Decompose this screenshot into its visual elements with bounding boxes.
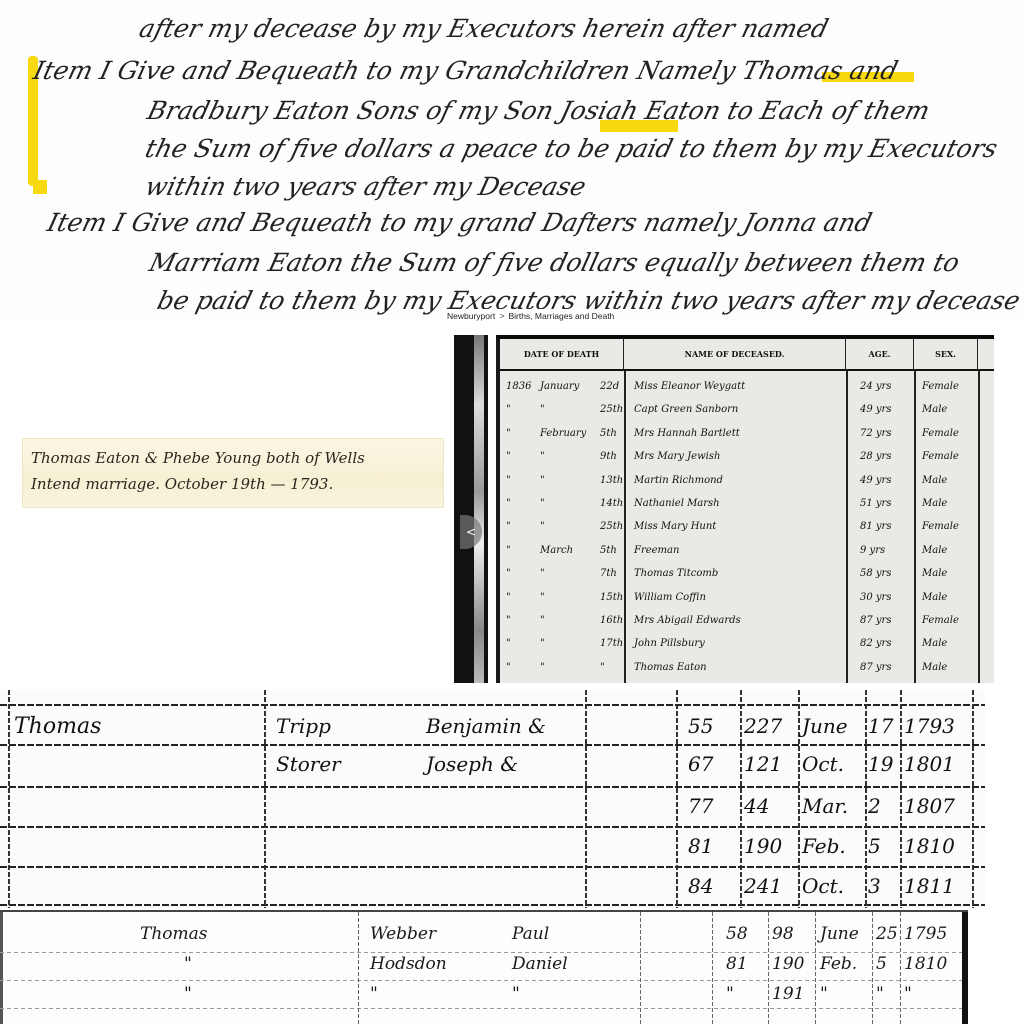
ledger2-given: " [184,984,192,1004]
register-row: ""14thNathaniel Marsh51 yrsMale [500,494,994,516]
chevron-right-icon: > [499,311,504,321]
ledger2-given: " [184,954,192,974]
ledger2-surname: Hodsdon [370,954,447,974]
will-line-4: the Sum of five dollars a peace to be pa… [142,134,1000,163]
ledger-col [865,690,867,908]
ledger-day: 19 [868,752,893,776]
ledger-book: 81 [688,834,713,858]
ledger-month: Mar. [802,794,848,818]
death-month: " [540,638,545,649]
deceased-age: 58 yrs [860,568,891,579]
ledger2-month: Feb. [820,954,857,974]
ledger2-month: " [820,984,828,1004]
deceased-sex: Male [922,662,947,673]
deceased-sex: Male [922,638,947,649]
film-gap [488,335,496,683]
death-day: " [600,662,605,673]
ledger-year: 1810 [904,834,955,858]
ledger-month: June [802,714,848,738]
death-month: " [540,592,545,603]
deceased-name: William Coffin [634,592,706,603]
deceased-name: Mrs Hannah Bartlett [634,428,740,439]
death-year: " [506,521,511,532]
death-day: 14th [600,498,623,509]
ledger-col [900,912,901,1024]
ledger-col [712,912,713,1024]
film-strip-highlight [474,335,484,683]
death-month: January [540,381,579,392]
ledger-col [264,690,266,908]
deceased-name: Miss Eleanor Weygatt [634,381,745,392]
ledger-rule [0,904,985,906]
will-line-2: Item I Give and Bequeath to my Grandchil… [30,56,900,85]
ledger-rule [0,866,985,868]
ledger2-day: " [876,984,884,1004]
ledger2-day: 5 [876,954,887,974]
ledger-col [8,690,10,908]
death-day: 5th [600,428,617,439]
deceased-name: Capt Green Sanborn [634,404,738,415]
col-age: AGE. [846,339,914,369]
ledger2-month: June [820,924,859,944]
ledger2-surname: Webber [370,924,436,944]
deceased-sex: Female [922,428,959,439]
ledger2-parent: " [512,984,520,1004]
col-name-of-deceased: NAME OF DECEASED. [624,339,846,369]
ledger-col [768,912,769,1024]
ledger2-page: 98 [772,924,794,944]
death-year: " [506,451,511,462]
deceased-sex: Male [922,592,947,603]
index-ledger-image-2: ThomasWebberPaul5898June251795"HodsdonDa… [0,910,968,1024]
ledger2-given: Thomas [140,924,208,944]
ledger-page: 227 [744,714,782,738]
register-row: "February5thMrs Hannah Bartlett72 yrsFem… [500,424,994,446]
death-month: March [540,545,573,556]
deceased-age: 51 yrs [860,498,891,509]
deceased-name: Mrs Abigail Edwards [634,615,741,626]
ledger-month: Oct. [802,752,844,776]
register-row: """Thomas Eaton87 yrsMale [500,658,994,680]
ledger-page: 44 [744,794,769,818]
ledger-parent: Benjamin & [426,714,546,738]
death-day: 22d [600,381,619,392]
death-day: 13th [600,475,623,486]
will-line-6: Item I Give and Bequeath to my grand Daf… [44,208,874,237]
register-row: ""9thMrs Mary Jewish28 yrsFemale [500,447,994,469]
ledger2-surname: " [370,984,378,1004]
ledger-year: 1801 [904,752,955,776]
death-day: 17th [600,638,623,649]
marriage-intention-image: Thomas Eaton & Phebe Young both of Wells… [22,438,444,508]
will-line-1: after my decease by my Executors herein … [136,14,831,43]
death-month: " [540,615,545,626]
ledger-rule [0,826,985,828]
death-day: 25th [600,404,623,415]
breadcrumb: Newburyport > Births, Marriages and Deat… [444,309,617,323]
deceased-age: 87 yrs [860,615,891,626]
deceased-sex: Male [922,545,947,556]
deceased-name: Freeman [634,545,679,556]
ledger-year: 1811 [904,874,955,898]
death-day: 16th [600,615,623,626]
ledger2-year: 1795 [904,924,947,944]
deceased-name: John Pillsbury [634,638,705,649]
deceased-age: 72 yrs [860,428,891,439]
deceased-sex: Female [922,451,959,462]
index-ledger-image-1: Thomas TrippBenjamin &55227June171793Sto… [0,690,985,908]
ledger2-book: 58 [726,924,748,944]
deceased-age: 28 yrs [860,451,891,462]
ledger-col [740,690,742,908]
ledger2-year: 1810 [904,954,947,974]
deceased-name: Martin Richmond [634,475,723,486]
death-day: 7th [600,568,617,579]
ledger-year: 1807 [904,794,955,818]
ledger-book: 77 [688,794,713,818]
highlight-bracket-foot [33,180,47,194]
deceased-age: 30 yrs [860,592,891,603]
deceased-age: 82 yrs [860,638,891,649]
will-excerpt-image: after my decease by my Executors herein … [0,0,1024,322]
ledger-year: 1793 [904,714,955,738]
marriage-line-1: Thomas Eaton & Phebe Young both of Wells [31,449,365,467]
death-month: " [540,451,545,462]
deceased-name: Nathaniel Marsh [634,498,720,509]
will-line-3: Bradbury Eaton Sons of my Son Josiah Eat… [144,96,932,125]
ledger2-year: " [904,984,912,1004]
death-month: " [540,662,545,673]
register-row: ""13thMartin Richmond49 yrsMale [500,471,994,493]
death-year: " [506,475,511,486]
ledger-book: 67 [688,752,713,776]
death-year: 1836 [506,381,531,392]
col-date-of-death: DATE OF DEATH [500,339,624,369]
ledger-page: 121 [744,752,782,776]
deceased-name: Thomas Titcomb [634,568,718,579]
death-year: " [506,615,511,626]
ledger-surname: Tripp [276,714,331,738]
ledger-col [900,690,902,908]
register-row: ""16thMrs Abigail Edwards87 yrsFemale [500,611,994,633]
will-line-7: Marriam Eaton the Sum of five dollars eq… [146,248,962,277]
ledger-col [358,912,359,1024]
ledger-col [676,690,678,908]
ledger2-parent: Daniel [512,954,568,974]
ledger-given-name: Thomas [14,714,101,739]
chevron-left-icon: < [466,525,476,539]
death-month: " [540,521,545,532]
register-row: ""17thJohn Pillsbury82 yrsMale [500,634,994,656]
ledger2-day: 25 [876,924,898,944]
deceased-sex: Female [922,381,959,392]
ledger-page: 190 [744,834,782,858]
death-day: 9th [600,451,617,462]
death-month: February [540,428,586,439]
marriage-line-2: Intend marriage. October 19th — 1793. [31,475,333,493]
death-day: 25th [600,521,623,532]
ledger-day: 17 [868,714,893,738]
register-row: "March5thFreeman9 yrsMale [500,541,994,563]
ledger-day: 3 [868,874,881,898]
death-month: " [540,568,545,579]
ledger-edge-right [962,912,968,1024]
ledger-book: 84 [688,874,713,898]
ledger-rule [0,1008,962,1009]
deceased-age: 87 yrs [860,662,891,673]
death-year: " [506,545,511,556]
ledger2-parent: Paul [512,924,549,944]
ledger-book: 55 [688,714,713,738]
ledger2-page: 191 [772,984,804,1004]
deceased-name: Miss Mary Hunt [634,521,716,532]
deceased-age: 24 yrs [860,381,891,392]
death-year: " [506,428,511,439]
ledger-rule [0,744,985,746]
death-register-image: < DATE OF DEATH NAME OF DECEASED. AGE. S… [454,335,994,683]
deceased-age: 49 yrs [860,475,891,486]
register-row: 1836January22dMiss Eleanor Weygatt24 yrs… [500,377,994,399]
deceased-age: 49 yrs [860,404,891,415]
register-row: ""25thMiss Mary Hunt81 yrsFemale [500,517,994,539]
ledger-col [815,912,816,1024]
death-month: " [540,404,545,415]
ledger-month: Oct. [802,874,844,898]
deceased-age: 9 yrs [860,545,885,556]
ledger-col [972,690,974,908]
deceased-sex: Female [922,521,959,532]
death-year: " [506,498,511,509]
death-day: 5th [600,545,617,556]
ledger-rule [0,980,962,981]
register-page: DATE OF DEATH NAME OF DECEASED. AGE. SEX… [496,339,994,683]
breadcrumb-item-births-marriages-death[interactable]: Births, Marriages and Death [508,311,614,321]
death-month: " [540,498,545,509]
death-year: " [506,662,511,673]
deceased-sex: Male [922,404,947,415]
death-month: " [540,475,545,486]
register-row: ""15thWilliam Coffin30 yrsMale [500,588,994,610]
ledger-rule [0,786,985,788]
ledger-surname: Storer [276,752,341,776]
ledger2-page: 190 [772,954,804,974]
deceased-sex: Male [922,568,947,579]
deceased-sex: Male [922,475,947,486]
ledger-day: 2 [868,794,881,818]
deceased-sex: Female [922,615,959,626]
register-header-row: DATE OF DEATH NAME OF DECEASED. AGE. SEX… [500,339,994,371]
will-line-5: within two years after my Decease [142,172,589,201]
col-sex: SEX. [914,339,978,369]
death-year: " [506,592,511,603]
deceased-sex: Male [922,498,947,509]
ledger-page: 241 [744,874,782,898]
ledger-col [872,912,873,1024]
ledger-col [585,690,587,908]
death-year: " [506,638,511,649]
deceased-age: 81 yrs [860,521,891,532]
ledger-month: Feb. [802,834,846,858]
ledger-rule [0,704,985,706]
ledger2-book: 81 [726,954,748,974]
ledger-col [798,690,800,908]
ledger-day: 5 [868,834,881,858]
register-row: ""7thThomas Titcomb58 yrsMale [500,564,994,586]
deceased-name: Mrs Mary Jewish [634,451,720,462]
ledger-rule [0,952,962,953]
ledger2-book: " [726,984,734,1004]
ledger-col [640,912,641,1024]
deceased-name: Thomas Eaton [634,662,707,673]
death-year: " [506,404,511,415]
death-year: " [506,568,511,579]
breadcrumb-item-newburyport[interactable]: Newburyport [447,311,495,321]
register-row: ""25thCapt Green Sanborn49 yrsMale [500,400,994,422]
death-day: 15th [600,592,623,603]
ledger-parent: Joseph & [426,752,518,776]
